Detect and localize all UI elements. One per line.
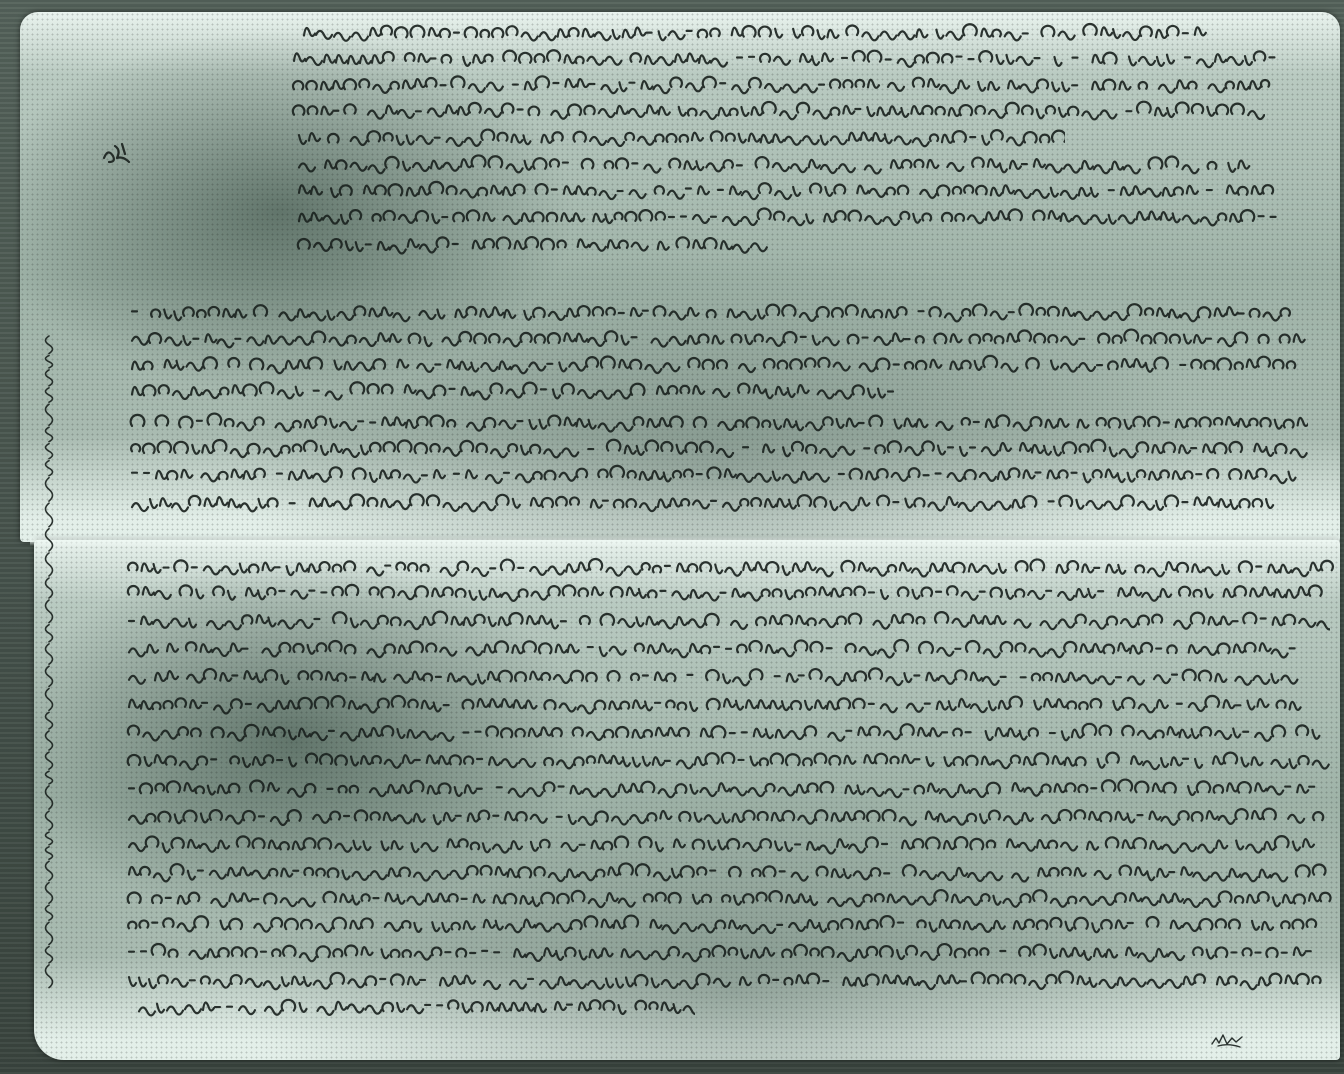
upper-paragraph-2-line-3: [128, 352, 1308, 378]
upper-paragraph-2-line-6: [128, 436, 1308, 462]
lower-paragraph-line-2: [125, 580, 1325, 606]
upper-paragraph-1-line-3: [290, 72, 1280, 98]
upper-paragraph-1-line-8: [295, 204, 1285, 230]
upper-paragraph-2-line-7: [128, 462, 1308, 488]
lower-paragraph-line-15: [125, 940, 1325, 966]
upper-paragraph-2-line-2: [128, 326, 1308, 352]
vertical-margin-note: [36, 330, 62, 990]
lower-paragraph-line-16: [125, 968, 1325, 994]
upper-paragraph-2-line-1: [128, 300, 1298, 326]
stamp-mark-icon: [1208, 1028, 1248, 1050]
lower-paragraph-line-12: [125, 860, 1330, 886]
lower-paragraph-line-10: [125, 804, 1335, 830]
handwritten-mark-icon: [100, 140, 134, 166]
upper-paragraph-1-line-2: [290, 46, 1280, 72]
lower-paragraph-line-5: [125, 664, 1305, 690]
lower-paragraph-line-14: [125, 912, 1325, 938]
page-fold: [30, 536, 1340, 546]
lower-paragraph-line-4: [125, 636, 1300, 662]
lower-paragraph-line-1: [125, 555, 1335, 581]
lower-paragraph-line-3: [125, 608, 1330, 634]
upper-paragraph-2-line-8: [128, 490, 1278, 516]
lower-paragraph-line-11: [125, 832, 1330, 858]
upper-paragraph-1-line-9: [295, 232, 775, 258]
upper-paragraph-1-line-5: [295, 125, 1065, 151]
lower-paragraph-line-13: [125, 886, 1335, 912]
upper-paragraph-1-line-1: [300, 20, 1210, 46]
upper-paragraph-1-line-6: [295, 152, 1255, 178]
lower-paragraph-line-6: [125, 692, 1305, 718]
lower-paragraph-line-17: [135, 994, 695, 1020]
lower-paragraph-line-9: [125, 776, 1330, 802]
upper-paragraph-2-line-5: [128, 410, 1308, 436]
lower-paragraph-line-8: [125, 748, 1330, 774]
upper-paragraph-1-line-7: [295, 178, 1280, 204]
upper-paragraph-1-line-4: [290, 98, 1265, 124]
upper-paragraph-2-line-4: [128, 378, 908, 404]
lower-paragraph-line-7: [125, 720, 1330, 746]
